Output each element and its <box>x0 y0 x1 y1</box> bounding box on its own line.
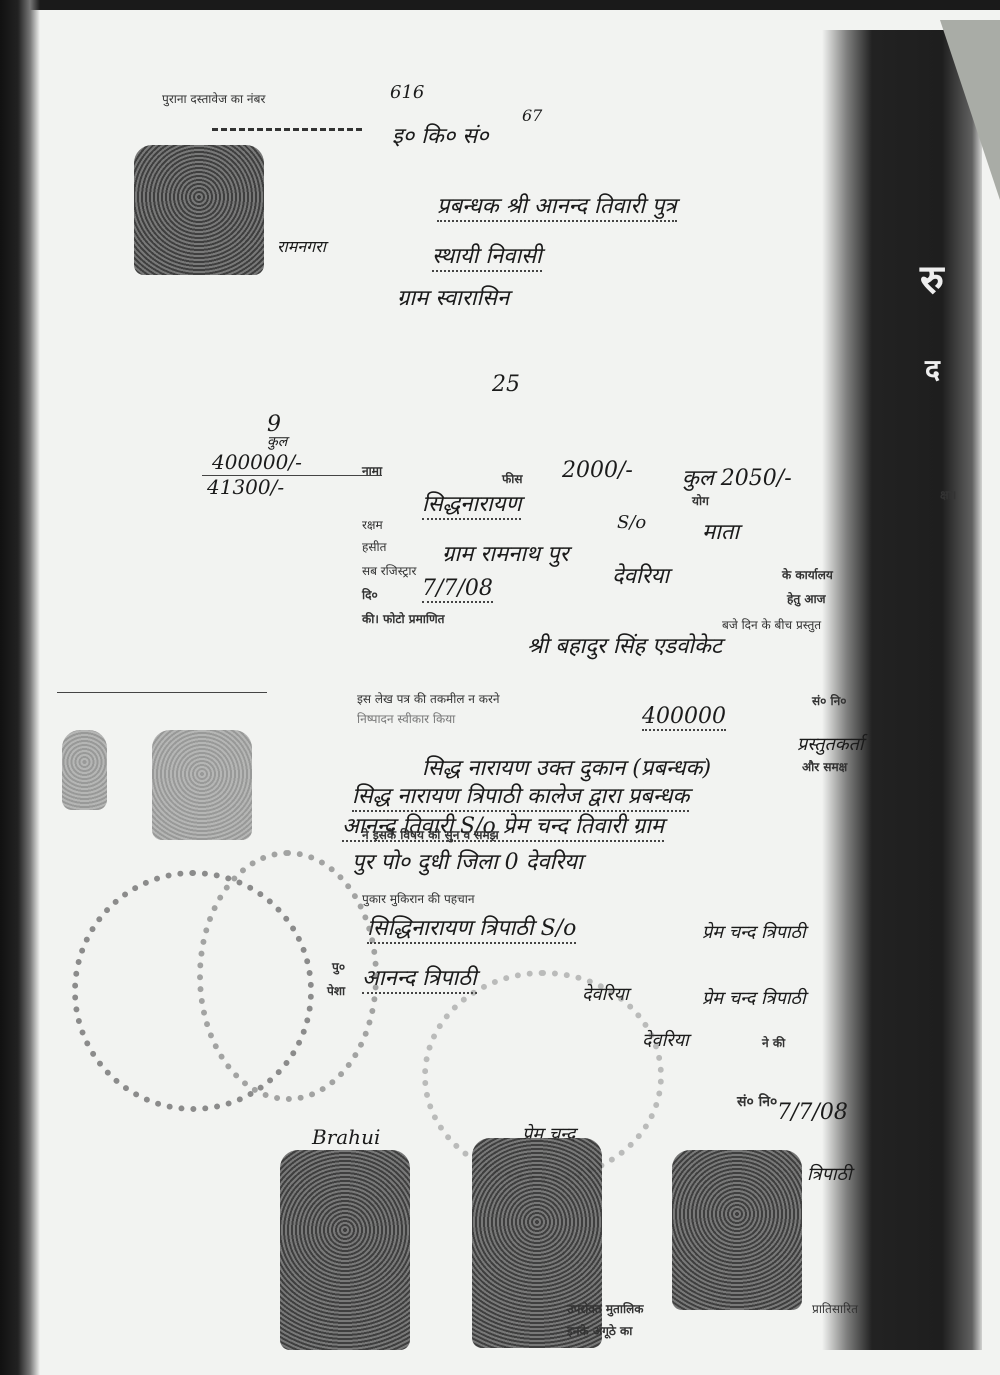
footer-date: 7/7/08 <box>777 1100 848 1125</box>
mata: माता <box>702 516 739 546</box>
witness-1: सिद्धिनारायण त्रिपाठी S/o <box>367 912 576 944</box>
text-beech-prastut: बजे दिन के बीच प्रस्तुत <box>722 616 821 633</box>
stamp-glyph: रु <box>920 250 944 305</box>
handwritten-reg-no: इ० कि० सं० <box>392 120 489 150</box>
page-corner-fold <box>940 20 1000 200</box>
label-nama: नामा <box>362 462 382 479</box>
fraction-mid: कुल <box>267 432 287 451</box>
header-printed-label: पुराना दस्तावेज का नंबर <box>162 90 265 107</box>
text-hetu-aaj: हेतु आज <box>787 590 826 607</box>
scanner-top-edge <box>0 0 1000 10</box>
label-ram: रक्षम <box>362 516 383 533</box>
faded-thumbprint <box>62 730 107 810</box>
consideration-amount: 400000 <box>642 704 726 731</box>
handwritten-ref: 616 <box>390 82 424 103</box>
handwritten-name: प्रबन्धक श्री आनन्द तिवारी पुत्र <box>437 190 677 222</box>
yog-value: कुल 2050/- <box>682 462 792 492</box>
label-fees: फीस <box>502 470 522 487</box>
printed-ki: ने की <box>762 1034 785 1051</box>
printed-side: और समक्ष <box>802 758 847 775</box>
handwritten-num: 67 <box>522 106 542 125</box>
place-value: देवरिया <box>612 560 669 590</box>
stamp-mark: 25 <box>492 372 520 397</box>
witness-2-father: प्रेम चन्द त्रिपाठी <box>702 986 806 1010</box>
label-yog: योग <box>692 492 709 509</box>
label-photo: की। फोटो प्रमाणित <box>362 610 444 627</box>
presenter-name: श्री बहादुर सिंह एडवोकेट <box>527 630 722 660</box>
executant-name: सिद्धनारायण <box>422 488 521 520</box>
witness-1-father: प्रेम चन्द त्रिपाठी <box>702 920 806 944</box>
header-dashed-rule <box>212 128 362 131</box>
document-page: रु द क्षा। पुराना दस्तावेज का नंबर 616 इ… <box>22 10 1000 1375</box>
date-value: 7/7/08 <box>422 576 493 603</box>
footer-printed-2: इनके अंगूठे का <box>567 1322 632 1339</box>
execution-printed-mid: ने इसके विषय को सुन व समझ <box>362 826 499 843</box>
label-hasi: हसीत <box>362 538 386 555</box>
text-karyalay: के कार्यालय <box>782 566 833 583</box>
handwritten-village: ग्राम स्वारासिन <box>397 282 509 312</box>
village-value: ग्राम रामनाथ पुर <box>442 538 569 568</box>
footer-printed-1: उपरोक्त मुतालिक <box>567 1300 643 1317</box>
label-date: दि० <box>362 586 378 603</box>
section-rule <box>57 692 267 693</box>
consideration-line-1: इस लेख पत्र की तकमील न करने <box>357 690 500 707</box>
execution-line-2: सिद्ध नारायण त्रिपाठी कालेज द्वारा प्रबन… <box>352 780 689 812</box>
execution-line-1: सिद्ध नारायण उक्त दुकान (प्रबन्धक) <box>422 752 711 782</box>
thumbprint <box>280 1150 410 1350</box>
thumb-side-note: रामनगरा <box>277 235 326 257</box>
label-sub-registrar: सब रजिस्ट्रार <box>362 562 416 579</box>
witness-2: आनन्द त्रिपाठी <box>362 962 477 994</box>
stamp-fragment: क्षा। <box>940 486 956 503</box>
fees-value: 2000/- <box>562 458 633 483</box>
witness-printed: पुकार मुकिरान की पहचान <box>362 890 475 907</box>
thumbprint <box>134 145 264 275</box>
official-seal <box>197 850 379 1102</box>
footer-label-sn: सं० नि० <box>737 1092 777 1111</box>
amount-2: 41300/- <box>207 475 284 499</box>
relation: S/o <box>617 512 646 533</box>
scanner-left-edge <box>0 0 40 1375</box>
signature-1: Brahui <box>312 1125 380 1149</box>
label-sn: सं० नि० <box>812 692 847 709</box>
amount-1: 400000/- <box>212 450 302 474</box>
execution-line-4: पुर पो० दुधी जिला 0 देवरिया <box>352 846 583 876</box>
handwritten-side: प्रस्तुतकर्ता <box>797 732 864 756</box>
signature-3: त्रिपाठी <box>807 1162 852 1186</box>
stamp-glyph: द <box>925 350 940 388</box>
faded-thumbprint <box>152 730 252 840</box>
footer-printed-right: प्रातिसारित <box>812 1300 858 1317</box>
copy-toner-band <box>822 30 982 1350</box>
handwritten-residence: स्थायी निवासी <box>432 240 542 272</box>
consideration-line-2: निष्पादन स्वीकार किया <box>357 710 455 727</box>
thumbprint <box>672 1150 802 1310</box>
